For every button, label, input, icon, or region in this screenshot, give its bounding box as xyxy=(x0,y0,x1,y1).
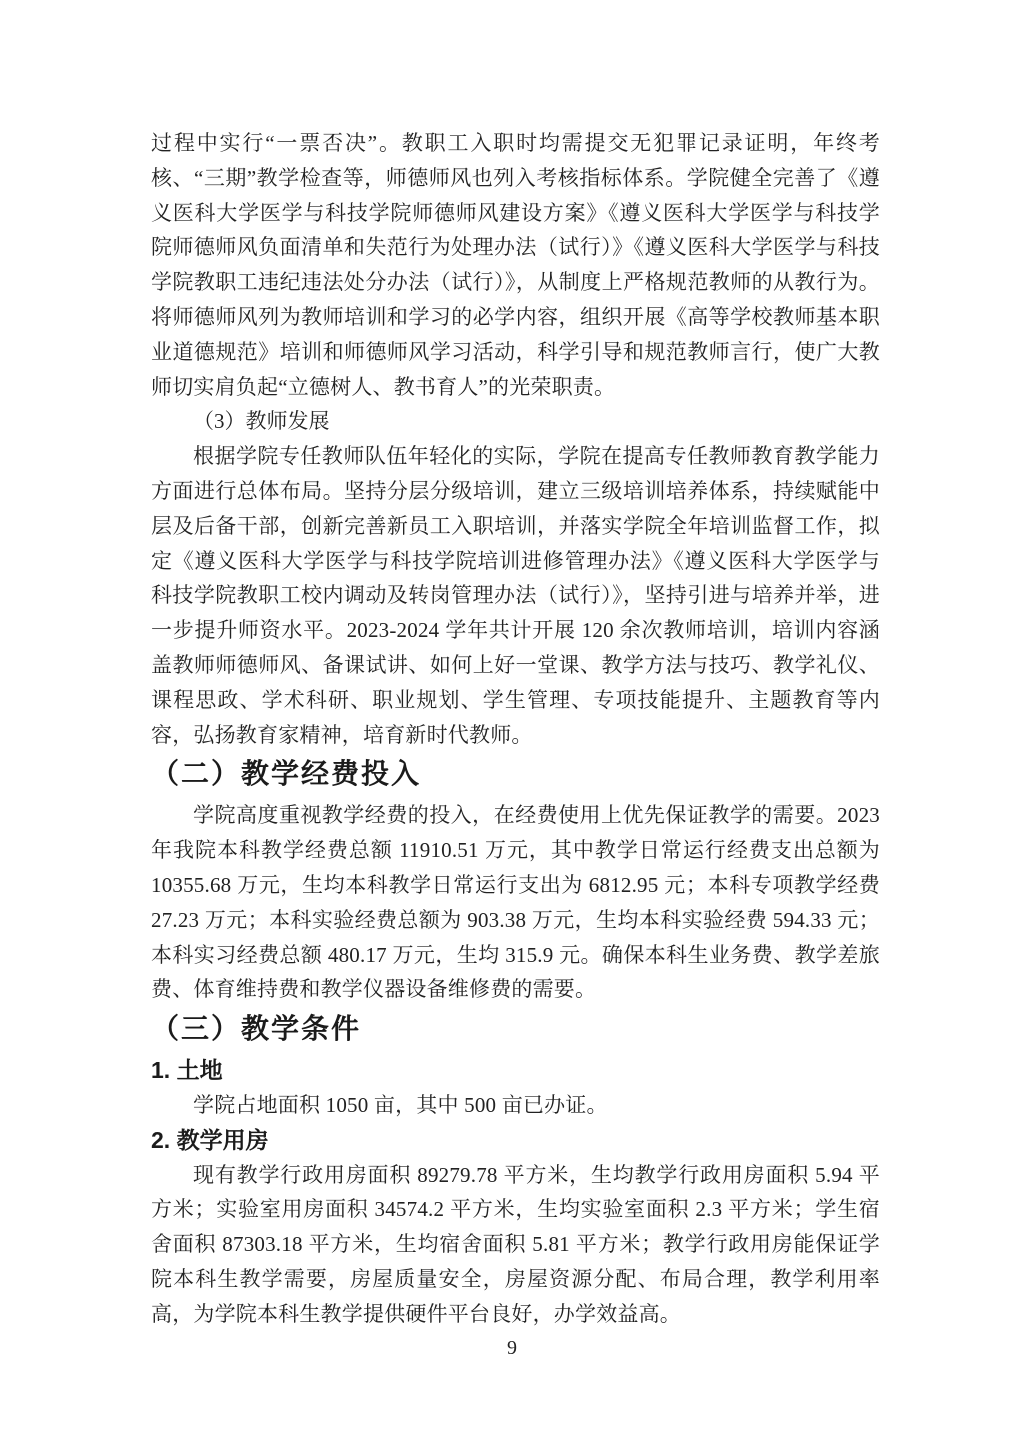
section-heading-funding: （二）教学经费投入 xyxy=(151,756,880,792)
paragraph-teacher-development: 根据学院专任教师队伍年轻化的实际，学院在提高专任教师教育教学能力方面进行总体布局… xyxy=(151,439,880,752)
subheading-land: 1. 土地 xyxy=(151,1053,880,1088)
page-number: 9 xyxy=(0,1336,1024,1360)
paragraph-land: 学院占地面积 1050 亩，其中 500 亩已办证。 xyxy=(151,1088,880,1123)
subheading-teaching-housing: 2. 教学用房 xyxy=(151,1123,880,1158)
paragraph-teaching-housing: 现有教学行政用房面积 89279.78 平方米，生均教学行政用房面积 5.94 … xyxy=(151,1158,880,1332)
paragraph-teacher-ethics: 过程中实行“一票否决”。教职工入职时均需提交无犯罪记录证明，年终考核、“三期”教… xyxy=(151,126,880,404)
paragraph-funding: 学院高度重视教学经费的投入，在经费使用上优先保证教学的需要。2023 年我院本科… xyxy=(151,798,880,1007)
subsection-heading-teacher-development: （3）教师发展 xyxy=(151,404,880,439)
document-page: 过程中实行“一票否决”。教职工入职时均需提交无犯罪记录证明，年终考核、“三期”教… xyxy=(0,0,1024,1448)
section-heading-conditions: （三）教学条件 xyxy=(151,1011,880,1047)
page-content: 过程中实行“一票否决”。教职工入职时均需提交无犯罪记录证明，年终考核、“三期”教… xyxy=(151,126,880,1332)
